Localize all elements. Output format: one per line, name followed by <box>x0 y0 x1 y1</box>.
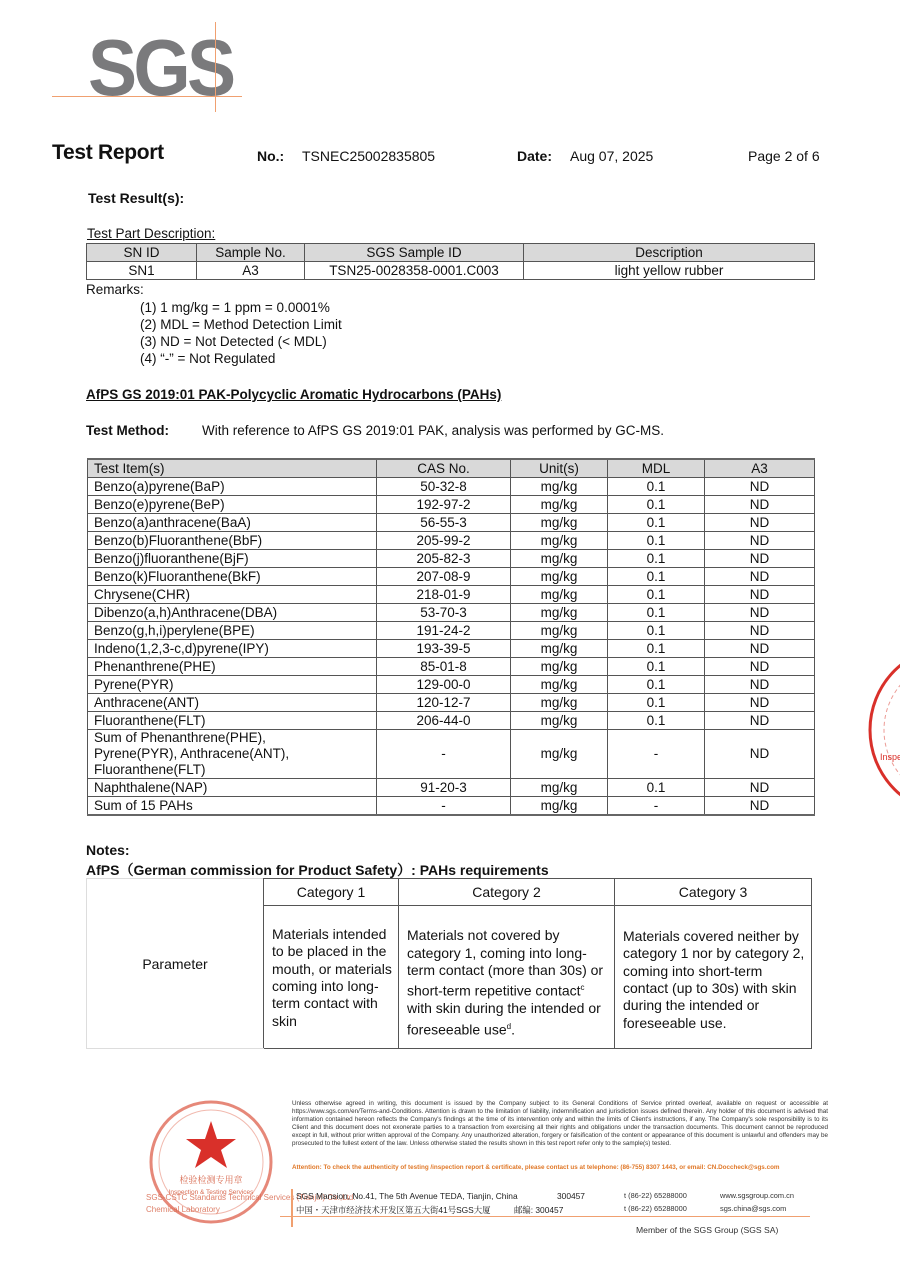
table-row: Sum of 15 PAHs-mg/kg-ND <box>88 797 815 816</box>
email-link[interactable]: sgs.china@sgs.com <box>720 1204 786 1213</box>
test-item-name: Sum of Phenanthrene(PHE), Pyrene(PYR), A… <box>88 730 377 779</box>
category-2-description: Materials not covered by category 1, com… <box>399 906 615 1049</box>
table-cell: ND <box>705 496 815 514</box>
table-cell: mg/kg <box>511 514 608 532</box>
table-cell: 120-12-7 <box>377 694 511 712</box>
test-item-name: Indeno(1,2,3-c,d)pyrene(IPY) <box>88 640 377 658</box>
parameter-label: Parameter <box>87 879 264 1049</box>
table-cell: 0.1 <box>608 712 705 730</box>
table-cell: mg/kg <box>511 604 608 622</box>
table-cell: 0.1 <box>608 568 705 586</box>
table-cell: mg/kg <box>511 478 608 496</box>
table-cell: 53-70-3 <box>377 604 511 622</box>
category-3-description: Materials covered neither by category 1 … <box>615 906 812 1049</box>
test-method-label: Test Method: <box>86 423 169 438</box>
table-cell: mg/kg <box>511 779 608 797</box>
stamp-seal-icon: Inspec <box>868 640 900 820</box>
table-row: Benzo(j)fluoranthene(BjF)205-82-3mg/kg0.… <box>88 550 815 568</box>
table-cell: ND <box>705 676 815 694</box>
afps-requirements-heading: AfPS（German commission for Product Safet… <box>86 860 549 880</box>
table-cell: 0.1 <box>608 658 705 676</box>
test-item-name: Benzo(e)pyrene(BeP) <box>88 496 377 514</box>
table-cell: 0.1 <box>608 478 705 496</box>
table-cell: ND <box>705 532 815 550</box>
table-cell: mg/kg <box>511 586 608 604</box>
svg-text:Inspec: Inspec <box>880 752 900 762</box>
column-header: SGS Sample ID <box>305 244 524 262</box>
table-cell: 192-97-2 <box>377 496 511 514</box>
table-cell: TSN25-0028358-0001.C003 <box>305 262 524 280</box>
table-cell: ND <box>705 604 815 622</box>
report-number: TSNEC25002835805 <box>302 148 435 164</box>
table-cell: 0.1 <box>608 586 705 604</box>
table-cell: mg/kg <box>511 658 608 676</box>
category-2-text: with skin during the intended or foresee… <box>407 1000 601 1037</box>
test-method-value: With reference to AfPS GS 2019:01 PAK, a… <box>202 423 664 438</box>
table-cell: 0.1 <box>608 496 705 514</box>
table-cell: mg/kg <box>511 676 608 694</box>
category-table: Parameter Category 1 Category 2 Category… <box>86 878 812 1049</box>
report-number-label: No.: <box>257 148 284 164</box>
footer-rule <box>280 1216 810 1217</box>
table-row: Fluoranthene(FLT)206-44-0mg/kg0.1ND <box>88 712 815 730</box>
table-cell: 0.1 <box>608 676 705 694</box>
table-cell: 0.1 <box>608 604 705 622</box>
column-header: Test Item(s) <box>88 459 377 478</box>
table-cell: 50-32-8 <box>377 478 511 496</box>
website-link[interactable]: www.sgsgroup.com.cn <box>720 1191 794 1200</box>
test-item-name: Benzo(b)Fluoranthene(BbF) <box>88 532 377 550</box>
table-cell: 56-55-3 <box>377 514 511 532</box>
table-cell: 193-39-5 <box>377 640 511 658</box>
test-item-name: Benzo(g,h,i)perylene(BPE) <box>88 622 377 640</box>
report-title: Test Report <box>52 141 164 165</box>
table-cell: light yellow rubber <box>524 262 815 280</box>
test-item-name: Benzo(k)Fluoranthene(BkF) <box>88 568 377 586</box>
stamp-lab-line: Chemical Laboratory <box>146 1205 220 1214</box>
test-item-name: Dibenzo(a,h)Anthracene(DBA) <box>88 604 377 622</box>
table-row: Benzo(k)Fluoranthene(BkF)207-08-9mg/kg0.… <box>88 568 815 586</box>
table-row: Anthracene(ANT)120-12-7mg/kg0.1ND <box>88 694 815 712</box>
footnote-c: c <box>581 983 585 992</box>
table-cell: ND <box>705 550 815 568</box>
authenticity-notice: Attention: To check the authenticity of … <box>292 1164 828 1172</box>
test-item-name: Sum of 15 PAHs <box>88 797 377 816</box>
pah-results-table: Test Item(s)CAS No.Unit(s)MDLA3 Benzo(a)… <box>87 458 815 816</box>
table-cell: 205-82-3 <box>377 550 511 568</box>
remarks-heading: Remarks: <box>86 282 144 297</box>
member-statement: Member of the SGS Group (SGS SA) <box>636 1225 778 1235</box>
table-cell: 129-00-0 <box>377 676 511 694</box>
table-cell: ND <box>705 640 815 658</box>
remark-item: (2) MDL = Method Detection Limit <box>140 317 342 332</box>
table-cell: - <box>377 730 511 779</box>
table-cell: 0.1 <box>608 514 705 532</box>
table-cell: mg/kg <box>511 797 608 816</box>
table-cell: 206-44-0 <box>377 712 511 730</box>
test-item-name: Anthracene(ANT) <box>88 694 377 712</box>
svg-text:检验检测专用章: 检验检测专用章 <box>179 1174 242 1185</box>
logo-rule-horizontal <box>52 96 242 97</box>
column-header: Description <box>524 244 815 262</box>
page-indicator: Page 2 of 6 <box>748 148 820 164</box>
test-item-name: Phenanthrene(PHE) <box>88 658 377 676</box>
date-label: Date: <box>517 148 552 164</box>
category-3-header: Category 3 <box>615 879 812 906</box>
column-header: Unit(s) <box>511 459 608 478</box>
table-cell: mg/kg <box>511 496 608 514</box>
test-item-name: Naphthalene(NAP) <box>88 779 377 797</box>
table-cell: ND <box>705 730 815 779</box>
test-item-name: Chrysene(CHR) <box>88 586 377 604</box>
table-row: Sum of Phenanthrene(PHE), Pyrene(PYR), A… <box>88 730 815 779</box>
table-cell: ND <box>705 658 815 676</box>
table-cell: 191-24-2 <box>377 622 511 640</box>
test-item-name: Benzo(j)fluoranthene(BjF) <box>88 550 377 568</box>
test-item-name: Pyrene(PYR) <box>88 676 377 694</box>
test-results-heading: Test Result(s): <box>88 190 184 206</box>
table-cell: 0.1 <box>608 694 705 712</box>
postcode-chinese: 邮编: 300457 <box>514 1204 563 1216</box>
table-cell: mg/kg <box>511 640 608 658</box>
table-cell: 218-01-9 <box>377 586 511 604</box>
table-cell: 205-99-2 <box>377 532 511 550</box>
table-row: Benzo(a)anthracene(BaA)56-55-3mg/kg0.1ND <box>88 514 815 532</box>
table-cell: ND <box>705 694 815 712</box>
table-row: Pyrene(PYR)129-00-0mg/kg0.1ND <box>88 676 815 694</box>
table-row: SN1A3TSN25-0028358-0001.C003light yellow… <box>87 262 815 280</box>
table-cell: ND <box>705 712 815 730</box>
table-row: Dibenzo(a,h)Anthracene(DBA)53-70-3mg/kg0… <box>88 604 815 622</box>
table-cell: 91-20-3 <box>377 779 511 797</box>
table-row: Benzo(a)pyrene(BaP)50-32-8mg/kg0.1ND <box>88 478 815 496</box>
table-cell: ND <box>705 779 815 797</box>
legal-disclaimer: Unless otherwise agreed in writing, this… <box>292 1100 828 1148</box>
table-cell: mg/kg <box>511 532 608 550</box>
category-2-text: . <box>511 1021 515 1037</box>
test-item-name: Fluoranthene(FLT) <box>88 712 377 730</box>
table-row: Benzo(e)pyrene(BeP)192-97-2mg/kg0.1ND <box>88 496 815 514</box>
table-cell: 0.1 <box>608 640 705 658</box>
table-row: Chrysene(CHR)218-01-9mg/kg0.1ND <box>88 586 815 604</box>
address-english: SGS Mansion, No.41, The 5th Avenue TEDA,… <box>296 1191 518 1201</box>
telephone-2: t (86-22) 65288000 <box>624 1204 687 1213</box>
table-cell: mg/kg <box>511 568 608 586</box>
section-title: AfPS GS 2019:01 PAK-Polycyclic Aromatic … <box>86 387 501 402</box>
table-cell: ND <box>705 514 815 532</box>
table-cell: mg/kg <box>511 550 608 568</box>
category-2-text: Materials not covered by category 1, com… <box>407 927 603 999</box>
table-cell: ND <box>705 568 815 586</box>
postcode-english: 300457 <box>557 1191 585 1201</box>
table-cell: - <box>608 730 705 779</box>
table-cell: 0.1 <box>608 779 705 797</box>
remark-item: (4) “-” = Not Regulated <box>140 351 275 366</box>
test-item-name: Benzo(a)pyrene(BaP) <box>88 478 377 496</box>
category-1-description: Materials intended to be placed in the m… <box>264 906 399 1049</box>
notes-heading: Notes: <box>86 842 130 858</box>
report-date: Aug 07, 2025 <box>570 148 653 164</box>
table-row: Benzo(g,h,i)perylene(BPE)191-24-2mg/kg0.… <box>88 622 815 640</box>
table-cell: 0.1 <box>608 532 705 550</box>
address-chinese: 中国・天津市经济技术开发区第五大街41号SGS大厦 <box>296 1204 491 1216</box>
table-cell: ND <box>705 622 815 640</box>
column-header: SN ID <box>87 244 197 262</box>
test-item-name: Benzo(a)anthracene(BaA) <box>88 514 377 532</box>
column-header: Sample No. <box>197 244 305 262</box>
table-cell: mg/kg <box>511 694 608 712</box>
table-cell: ND <box>705 797 815 816</box>
address-divider <box>291 1189 293 1227</box>
category-2-header: Category 2 <box>399 879 615 906</box>
table-row: Phenanthrene(PHE)85-01-8mg/kg0.1ND <box>88 658 815 676</box>
table-cell: mg/kg <box>511 730 608 779</box>
telephone-1: t (86-22) 65288000 <box>624 1191 687 1200</box>
table-cell: SN1 <box>87 262 197 280</box>
table-cell: - <box>377 797 511 816</box>
column-header: A3 <box>705 459 815 478</box>
table-row: Indeno(1,2,3-c,d)pyrene(IPY)193-39-5mg/k… <box>88 640 815 658</box>
column-header: MDL <box>608 459 705 478</box>
table-cell: ND <box>705 586 815 604</box>
column-header: CAS No. <box>377 459 511 478</box>
remark-item: (1) 1 mg/kg = 1 ppm = 0.0001% <box>140 300 330 315</box>
table-row: Benzo(b)Fluoranthene(BbF)205-99-2mg/kg0.… <box>88 532 815 550</box>
table-cell: mg/kg <box>511 622 608 640</box>
table-cell: 0.1 <box>608 622 705 640</box>
table-cell: 85-01-8 <box>377 658 511 676</box>
table-cell: mg/kg <box>511 712 608 730</box>
test-part-table: SN IDSample No.SGS Sample IDDescription … <box>86 243 815 280</box>
side-stamp: Inspec <box>868 640 900 820</box>
test-part-heading: Test Part Description: <box>87 226 215 241</box>
table-row: Naphthalene(NAP)91-20-3mg/kg0.1ND <box>88 779 815 797</box>
table-cell: 0.1 <box>608 550 705 568</box>
table-cell: A3 <box>197 262 305 280</box>
table-cell: ND <box>705 478 815 496</box>
table-cell: - <box>608 797 705 816</box>
category-1-header: Category 1 <box>264 879 399 906</box>
logo-rule-vertical <box>215 22 216 112</box>
table-cell: 207-08-9 <box>377 568 511 586</box>
remark-item: (3) ND = Not Detected (< MDL) <box>140 334 327 349</box>
